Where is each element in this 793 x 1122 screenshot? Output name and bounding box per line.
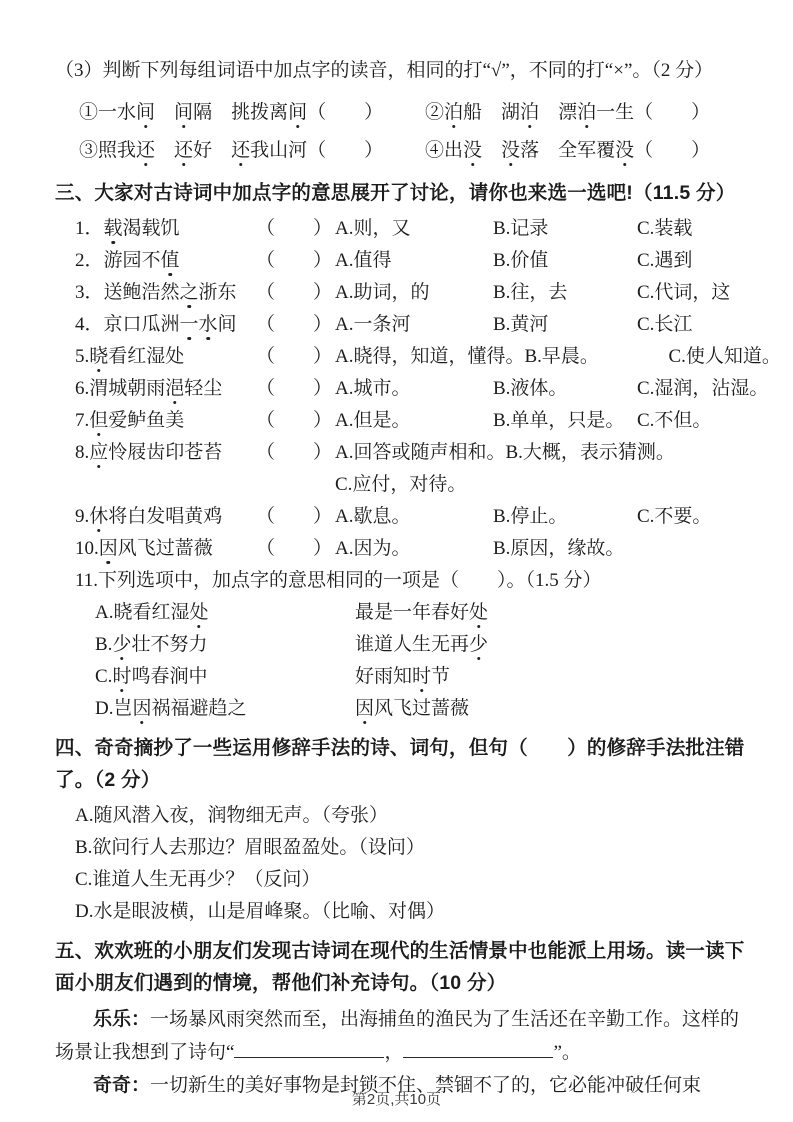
emphasized-char: 没 [615, 140, 634, 161]
option: C.湿润，沾湿。 [637, 373, 768, 405]
option: A.但是。 [335, 405, 493, 437]
answer-paren: （ ） [256, 245, 335, 277]
question-options: A.则，又B.记录C.装载 [335, 213, 747, 245]
emphasized-char: 间 [174, 102, 193, 123]
section-4-title: 四、奇奇摘抄了一些运用修辞手法的诗、词句，但句（ ）的修辞手法批注错了。（2 分… [55, 732, 747, 796]
dialogue-text: 一场暴风雨突然而至，出海捕鱼的渔民为了生活还在辛勤工作。这样的场景让我想到了诗句… [55, 1009, 739, 1063]
option-pair: C.时鸣春涧中好雨知时节 [55, 661, 747, 693]
emphasized-char: 泊 [577, 102, 596, 123]
question-row: 9.休将白发唱黄鸡（ ）A.歇息。B.停止。C.不要。 [55, 501, 747, 533]
pair-left: C.时鸣春涧中 [95, 661, 355, 693]
answer-blank [234, 1041, 384, 1058]
emphasized-char: 时 [412, 666, 431, 687]
option: A.回答或随声相和。 [335, 437, 505, 469]
emphasized-char: 应 [89, 442, 108, 463]
question-11-stem: 11.下列选项中，加点字的意思相同的一项是（ ）。（1.5 分） [55, 565, 747, 597]
question-text: 7.但爱鲈鱼美 [75, 405, 256, 437]
answer-paren: （ ） [256, 373, 335, 405]
question-11-options: A.晓看红湿处最是一年春好处B.少壮不努力谁道人生无再少C.时鸣春涧中好雨知时节… [55, 597, 747, 725]
emphasized-char: 载 [104, 218, 123, 239]
answer-paren: （ ） [256, 341, 335, 373]
question-row: 10.因风飞过蔷薇（ ）A.因为。B.原因，缘故。 [55, 533, 747, 565]
question-3-title: （3）判断下列每组词语中加点字的读音，相同的打“√”，不同的打“×”。（2 分） [55, 56, 747, 86]
question-row: 1．载渴载饥（ ）A.则，又B.记录C.装载 [55, 213, 747, 245]
emphasized-char: 处 [469, 602, 488, 623]
answer-paren: （ ） [256, 309, 335, 341]
answer-paren: （ ） [256, 437, 335, 469]
option: A.则，又 [335, 213, 493, 245]
dialogue-paragraph: 乐乐：一场暴风雨突然而至，出海捕鱼的渔民为了生活还在辛勤工作。这样的场景让我想到… [55, 1003, 747, 1069]
option: A.歇息。 [335, 501, 493, 533]
emphasized-char: 没 [501, 140, 520, 161]
question-text: 2．游园不值 [75, 245, 256, 277]
question-text: 4．京口瓜洲一水间 [75, 309, 256, 341]
section-5-title: 五、欢欢班的小朋友们发现古诗词在现代的生活情景中也能派上用场。读一读下面小朋友们… [55, 935, 747, 999]
answer-paren: （ ） [256, 405, 335, 437]
emphasized-char: 之 [180, 282, 199, 303]
emphasized-char: 晓 [89, 346, 108, 367]
emphasized-char: 因 [132, 698, 151, 719]
section-4-options: A.随风潜入夜，润物细无声。（夸张）B.欲问行人去那边？眉眼盈盈处。（设问）C.… [55, 800, 747, 928]
option: C.长江 [637, 309, 692, 341]
word-group-line: ③照我还 还好 还我山河（ ）④出没 没落 全军覆没（ ） [55, 132, 747, 170]
word-group: ④出没 没落 全军覆没（ ） [425, 132, 710, 170]
test-paper-page: （3）判断下列每组词语中加点字的读音，相同的打“√”，不同的打“×”。（2 分）… [0, 0, 793, 1122]
emphasized-char: 浥 [165, 378, 184, 399]
option: C.应付，对待。 [335, 474, 466, 495]
emphasized-char: 处 [189, 602, 208, 623]
option: B.液体。 [493, 373, 637, 405]
option-continuation: C.应付，对待。 [55, 469, 747, 501]
emphasized-char: 还 [136, 140, 155, 161]
question-options: A.歇息。B.停止。C.不要。 [335, 501, 747, 533]
option: B.价值 [493, 245, 637, 277]
option: A.一条河 [335, 309, 493, 341]
option: B.黄河 [493, 309, 637, 341]
option-pair: B.少壮不努力谁道人生无再少 [55, 629, 747, 661]
option: A.因为。 [335, 533, 493, 565]
option-line: B.欲问行人去那边？眉眼盈盈处。（设问） [55, 832, 747, 864]
option-pair: A.晓看红湿处最是一年春好处 [55, 597, 747, 629]
answer-paren: （ ） [256, 533, 335, 565]
option-line: D.水是眼波横，山是眉峰聚。（比喻、对偶） [55, 896, 747, 928]
emphasized-char: 还 [231, 140, 250, 161]
question-options: A.因为。B.原因，缘故。 [335, 533, 747, 565]
word-group-lines: ①一水间 间隔 挑拨离间（ ）②泊船 湖泊 漂泊一生（ ）③照我还 还好 还我山… [55, 94, 747, 170]
option-line: A.随风潜入夜，润物细无声。（夸张） [55, 800, 747, 832]
word-group: ③照我还 还好 还我山河（ ） [79, 132, 425, 170]
question-text: 10.因风飞过蔷薇 [75, 533, 256, 565]
option: A.城市。 [335, 373, 493, 405]
answer-paren: （ ） [256, 213, 335, 245]
question-options: A.助词，的B.往，去C.代词，这 [335, 277, 747, 309]
option: B.记录 [493, 213, 637, 245]
emphasized-char: 因 [355, 698, 374, 719]
word-group: ②泊船 湖泊 漂泊一生（ ） [425, 94, 710, 132]
option: C.代词，这 [637, 277, 730, 309]
question-options: A.但是。B.单单，只是。C.不但。 [335, 405, 747, 437]
question-text: 5.晓看红湿处 [75, 341, 256, 373]
option: B.停止。 [493, 501, 637, 533]
section-3-title: 三、大家对古诗词中加点字的意思展开了讨论，请你也来选一选吧!（11.5 分） [55, 177, 747, 209]
word-group: ①一水间 间隔 挑拨离间（ ） [79, 94, 425, 132]
emphasized-char: 间 [136, 102, 155, 123]
pair-right: 最是一年春好处 [355, 597, 488, 629]
option: B.大概，表示猜测。 [505, 437, 674, 469]
option: C.装载 [637, 213, 692, 245]
emphasized-char: 水 [199, 314, 218, 335]
pair-right: 好雨知时节 [355, 661, 450, 693]
option: C.不要。 [637, 501, 711, 533]
question-row: 6.渭城朝雨浥轻尘（ ）A.城市。B.液体。C.湿润，沾湿。 [55, 373, 747, 405]
pair-left: B.少壮不努力 [95, 629, 355, 661]
emphasized-char: 休 [89, 506, 108, 527]
question-row: 8.应怜屐齿印苍苔（ ）A.回答或随声相和。B.大概，表示猜测。 [55, 437, 747, 469]
emphasized-char: 时 [112, 666, 131, 687]
option: B.早晨。 [524, 341, 668, 373]
question-row: 7.但爱鲈鱼美（ ）A.但是。B.单单，只是。C.不但。 [55, 405, 747, 437]
question-row: 2．游园不值（ ）A.值得B.价值C.遇到 [55, 245, 747, 277]
pair-left: A.晓看红湿处 [95, 597, 355, 629]
emphasized-char: 一 [180, 314, 199, 335]
question-options: A.值得B.价值C.遇到 [335, 245, 747, 277]
question-row: 3．送鲍浩然之浙东（ ）A.助词，的B.往，去C.代词，这 [55, 277, 747, 309]
speaker-name: 乐乐： [93, 1009, 150, 1030]
question-options: A.回答或随声相和。B.大概，表示猜测。 [335, 437, 747, 469]
emphasized-char: 还 [174, 140, 193, 161]
option: C.使人知道。 [668, 341, 780, 373]
question-text: 8.应怜屐齿印苍苔 [75, 437, 256, 469]
pair-right: 谁道人生无再少 [355, 629, 488, 661]
option: B.往，去 [493, 277, 637, 309]
option: A.值得 [335, 245, 493, 277]
section-3-questions: 1．载渴载饥（ ）A.则，又B.记录C.装载2．游园不值（ ）A.值得B.价值C… [55, 213, 747, 565]
answer-blank [403, 1041, 553, 1058]
emphasized-char: 但 [89, 410, 108, 431]
emphasized-char: 值 [161, 250, 180, 271]
emphasized-char: 因 [99, 538, 118, 559]
option: C.遇到 [637, 245, 692, 277]
option: A.助词，的 [335, 277, 493, 309]
answer-paren: （ ） [256, 501, 335, 533]
question-row: 5.晓看红湿处（ ）A.晓得，知道，懂得。B.早晨。C.使人知道。 [55, 341, 747, 373]
question-options: A.城市。B.液体。C.湿润，沾湿。 [335, 373, 768, 405]
question-text: 6.渭城朝雨浥轻尘 [75, 373, 256, 405]
page-footer: 第2页,共10页 [0, 1088, 793, 1109]
pair-left: D.岂因祸福避趋之 [95, 693, 355, 725]
option: B.原因，缘故。 [493, 533, 637, 565]
emphasized-char: 没 [463, 140, 482, 161]
word-group-line: ①一水间 间隔 挑拨离间（ ）②泊船 湖泊 漂泊一生（ ） [55, 94, 747, 132]
pair-right: 因风飞过蔷薇 [355, 693, 469, 725]
emphasized-char: 少 [469, 634, 488, 655]
question-options: A.晓得，知道，懂得。B.早晨。C.使人知道。 [335, 341, 781, 373]
option: B.单单，只是。 [493, 405, 637, 437]
option-line: C.谁道人生无再少？（反问） [55, 864, 747, 896]
question-row: 4．京口瓜洲一水间（ ）A.一条河B.黄河C.长江 [55, 309, 747, 341]
emphasized-char: 间 [288, 102, 307, 123]
emphasized-char: 少 [112, 634, 131, 655]
question-text: 3．送鲍浩然之浙东 [75, 277, 256, 309]
question-options: A.一条河B.黄河C.长江 [335, 309, 747, 341]
option-pair: D.岂因祸福避趋之因风飞过蔷薇 [55, 693, 747, 725]
answer-paren: （ ） [256, 277, 335, 309]
option: A.晓得，知道，懂得。 [335, 341, 524, 373]
question-text: 9.休将白发唱黄鸡 [75, 501, 256, 533]
emphasized-char: 泊 [444, 102, 463, 123]
question-text: 1．载渴载饥 [75, 213, 256, 245]
option: C.不但。 [637, 405, 711, 437]
emphasized-char: 泊 [520, 102, 539, 123]
